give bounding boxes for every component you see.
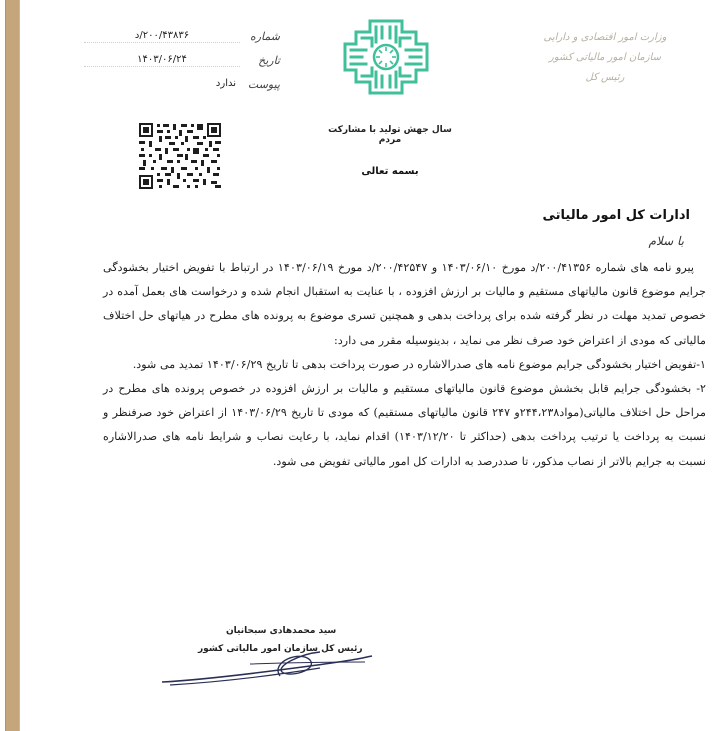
greeting-text: با سلام [649, 234, 684, 248]
year-slogan: سال جهش تولید با مشارکت مردم [320, 125, 460, 145]
letter-attachment-label: پیوست [240, 78, 280, 91]
body-item-2: ۲- بخشودگی جرایم قابل بخشش موضوع قانون م… [103, 377, 706, 474]
body-item-1: ۱-تفویض اختیار بخشودگی جرایم موضوع نامه … [103, 353, 706, 377]
qr-code-icon [137, 121, 223, 191]
letter-page: شماره ۲۰۰/۴۳۸۳۶/د تاریخ ۱۴۰۳/۰۶/۲۴ پیوست… [20, 0, 720, 731]
letter-number-value: ۲۰۰/۴۳۸۳۶/د [84, 30, 240, 43]
letter-body: پیرو نامه های شماره ۲۰۰/۴۱۳۵۶/د مورخ ۱۴۰… [103, 256, 706, 474]
body-intro-paragraph: پیرو نامه های شماره ۲۰۰/۴۱۳۵۶/د مورخ ۱۴۰… [103, 256, 706, 353]
ministry-header: وزارت امور اقتصادی و دارایی سازمان امور … [530, 28, 680, 88]
signatory-title: رئیس کل سازمان امور مالیاتی کشور [198, 644, 363, 654]
ministry-line-3: رئیس کل [530, 68, 680, 88]
letter-attachment-value: ندارد [84, 78, 240, 90]
letter-number-row: شماره ۲۰۰/۴۳۸۳۶/د [80, 24, 280, 48]
letter-attachment-row: پیوست ندارد [80, 72, 280, 96]
tax-organization-emblem-icon [342, 18, 430, 96]
letter-meta: شماره ۲۰۰/۴۳۸۳۶/د تاریخ ۱۴۰۳/۰۶/۲۴ پیوست… [80, 24, 280, 96]
recipient-heading: ادارات کل امور مالیاتی [542, 208, 690, 223]
letter-number-label: شماره [240, 30, 280, 43]
basmala-heading: بسمه تعالی [350, 166, 430, 177]
ministry-line-1: وزارت امور اقتصادی و دارایی [530, 28, 680, 48]
letter-date-row: تاریخ ۱۴۰۳/۰۶/۲۴ [80, 48, 280, 72]
signatory-name: سید محمدهادی سبحانیان [226, 626, 336, 636]
signature-block: سید محمدهادی سبحانیان رئیس کل سازمان امو… [160, 622, 380, 692]
left-border-strip [5, 0, 20, 731]
letter-date-value: ۱۴۰۳/۰۶/۲۴ [84, 54, 240, 67]
letter-date-label: تاریخ [240, 54, 280, 67]
ministry-line-2: سازمان امور مالیاتی کشور [530, 48, 680, 68]
handwritten-signature-icon [160, 632, 380, 692]
